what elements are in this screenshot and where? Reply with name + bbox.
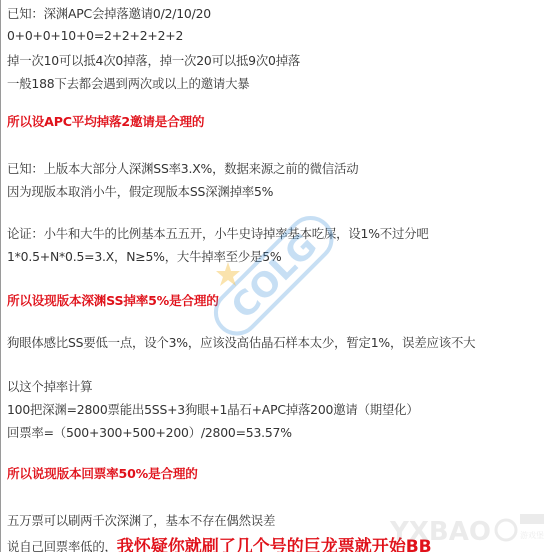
text-line: 0+0+0+10+0=2+2+2+2+2 [7,28,183,43]
text-line: 五万票可以刷两千次深渊了，基本不存在偶然误差 [7,511,275,529]
text-line: 掉一次10可以抵4次0掉落，掉一次20可以抵9次0掉落 [7,51,300,69]
final-line-emphasis: 我怀疑你就刷了几个号的巨龙票就开始BB [117,537,432,552]
text-line: 因为现版本取消小牛，假定现版本SS深渊掉率5% [7,182,273,200]
conclusion-return-rate: 所以说现版本回票率50%是合理的 [7,463,198,482]
text-line: 狗眼体感比SS要低一点，设个3%，应该没高估晶石样本太少，暂定1%，误差应该不大 [7,333,475,351]
text-line: 100把深渊=2800票能出5SS+3狗眼+1晶石+APC掉落200邀请（期望化… [7,400,419,418]
conclusion-ss-rate: 所以设现版本深渊SS掉率5%是合理的 [7,290,219,309]
text-line: 已知：上版本大部分人深渊SS率3.X%，数据来源之前的微信活动 [7,159,358,177]
final-line-prefix: 说自己回票率低的， [7,539,117,552]
document-frame: 已知：深渊APC会掉落邀请0/2/10/20 0+0+0+10+0=2+2+2+… [0,0,548,552]
text-line: 1*0.5+N*0.5=3.X，N≥5%，大牛掉率至少是5% [7,247,282,265]
text-line: 已知：深渊APC会掉落邀请0/2/10/20 [7,4,211,22]
text-line: 一般188下去都会遇到两次或以上的邀请大暴 [7,74,249,92]
conclusion-apc: 所以设APC平均掉落2邀请是合理的 [7,111,204,130]
text-line: 以这个掉率计算 [7,377,92,395]
text-line-final: 说自己回票率低的，我怀疑你就刷了几个号的巨龙票就开始BB [7,532,432,552]
text-line: 论证：小牛和大牛的比例基本五五开，小牛史诗掉率基本吃屎，设1%不过分吧 [7,224,429,242]
text-line: 回票率=（500+300+500+200）/2800=53.57% [7,423,292,441]
